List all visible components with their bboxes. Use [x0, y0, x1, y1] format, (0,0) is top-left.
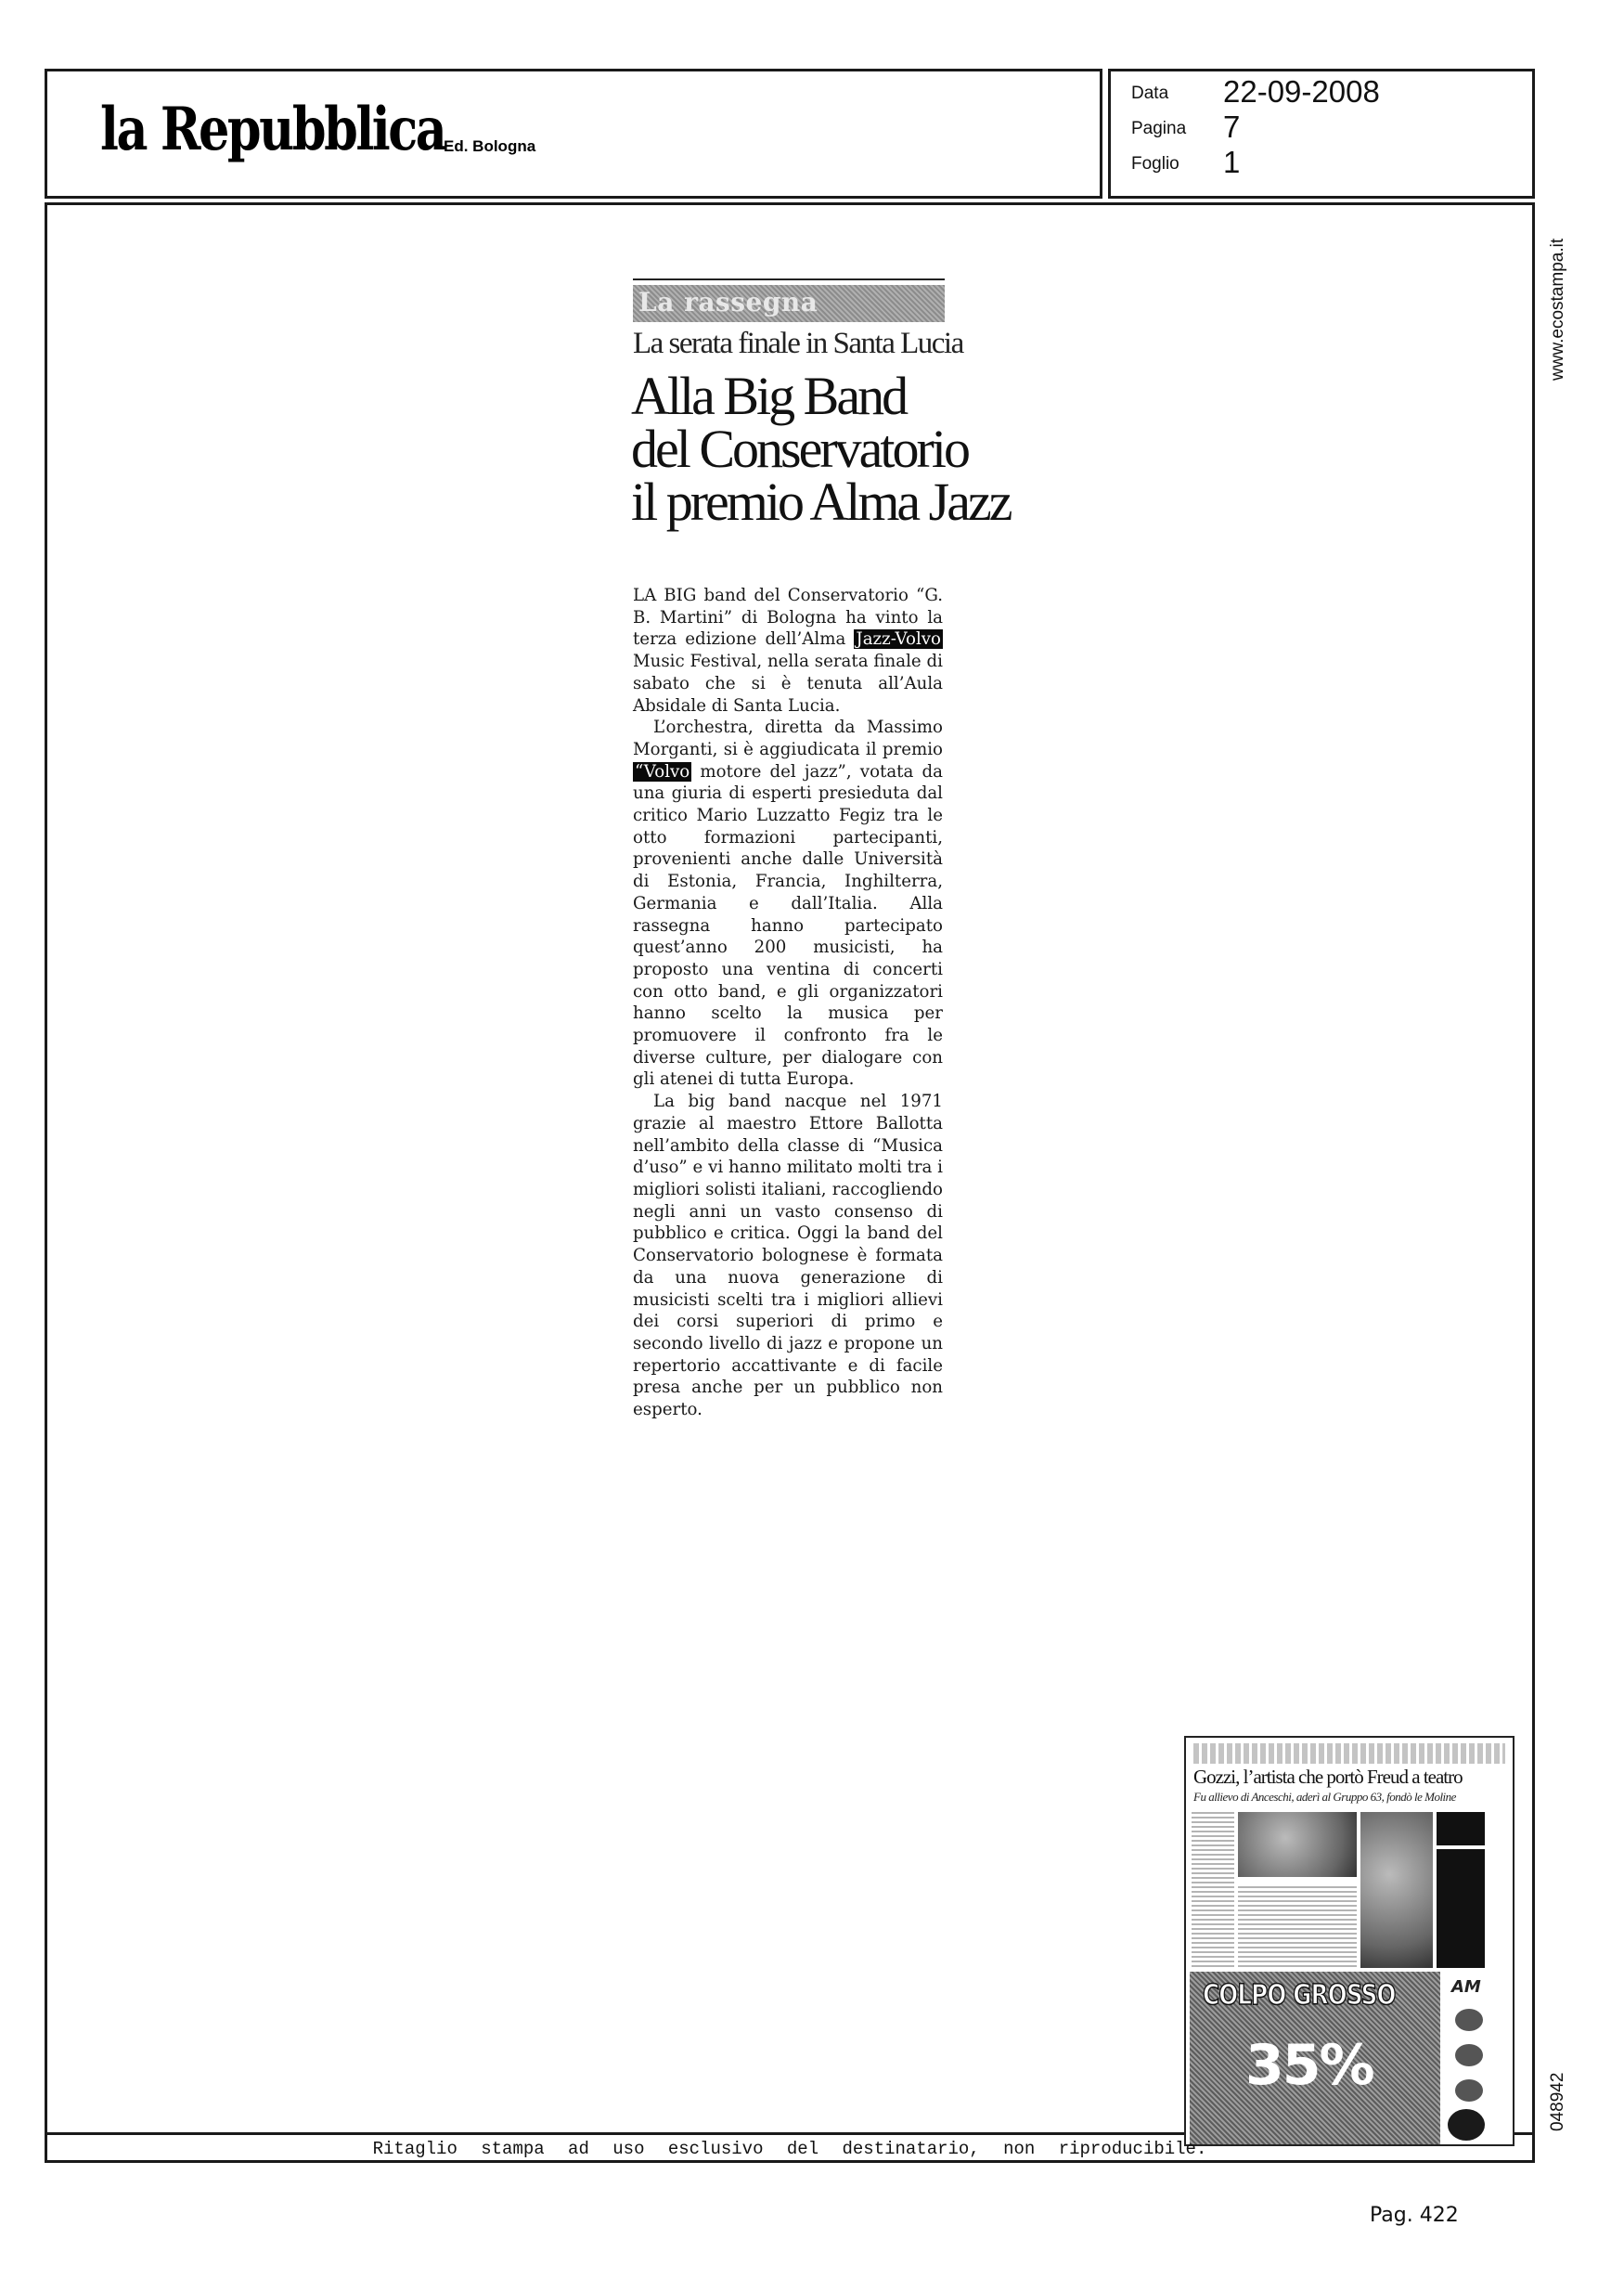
headline-line: del Conservatorio	[631, 422, 965, 475]
brand-logo-icon	[1448, 2109, 1485, 2141]
article-headline: Alla Big Band del Conservatorio il premi…	[631, 369, 965, 528]
page-label: Pagina	[1131, 119, 1186, 139]
paragraph-text: L’orchestra, diretta da Massimo Morganti…	[633, 718, 943, 759]
page-thumbnail: Gozzi, l’artista che portò Freud a teatr…	[1184, 1736, 1514, 2146]
copyright-notice: Ritaglio stampa ad uso esclusivo del des…	[45, 2139, 1535, 2159]
thumbnail-text-column	[1192, 1812, 1234, 1968]
sheet-value: 1	[1223, 147, 1240, 177]
highlighted-term: Jazz-Volvo	[854, 629, 943, 649]
thumbnail-dark-box	[1437, 1812, 1485, 1845]
source-website: www.ecostampa.it	[1548, 239, 1568, 381]
thumbnail-subtitle: Fu allievo di Anceschi, aderì al Gruppo …	[1193, 1790, 1456, 1805]
headline-line: il premio Alma Jazz	[631, 475, 965, 528]
thumbnail-photo	[1360, 1812, 1433, 1968]
edition-label: Ed. Bologna	[444, 137, 535, 156]
page-value: 7	[1223, 111, 1240, 142]
brand-logo-icon	[1455, 2079, 1483, 2102]
advert-brand: AM	[1451, 1977, 1481, 1997]
sheet-label: Foglio	[1131, 154, 1179, 175]
thumbnail-text-column	[1238, 1886, 1357, 1968]
kicker-band: La rassegna	[633, 285, 945, 322]
thumbnail-dark-box	[1437, 1849, 1485, 1968]
thumbnail-photo	[1238, 1812, 1357, 1877]
date-label: Data	[1131, 84, 1168, 104]
kicker-rule	[633, 278, 945, 280]
article-subhead: La serata finale in Santa Lucia	[633, 327, 948, 361]
headline-line: Alla Big Band	[631, 369, 965, 422]
thumbnail-header-strip	[1193, 1743, 1505, 1764]
paragraph-text: La big band nacque nel 1971 grazie al ma…	[633, 1092, 943, 1419]
date-value: 22-09-2008	[1223, 76, 1380, 107]
article-paragraph: LA BIG band del Conservatorio “G. B. Mar…	[633, 585, 943, 717]
thumbnail-title: Gozzi, l’artista che portò Freud a teatr…	[1193, 1766, 1463, 1789]
brand-logo-icon	[1455, 2009, 1483, 2031]
highlighted-term: “Volvo	[633, 762, 691, 782]
article-body: LA BIG band del Conservatorio “G. B. Mar…	[633, 585, 943, 1421]
advert-title: COLPO GROSSO	[1203, 1979, 1396, 2012]
thumbnail-advert: COLPO GROSSO 35%	[1190, 1972, 1440, 2144]
brand-logo-icon	[1455, 2044, 1483, 2066]
article-paragraph: L’orchestra, diretta da Massimo Morganti…	[633, 717, 943, 1091]
article-paragraph: La big band nacque nel 1971 grazie al ma…	[633, 1091, 943, 1421]
advert-percent: 35%	[1245, 2033, 1373, 2098]
page-number: Pag. 422	[1370, 2204, 1459, 2227]
paragraph-text: motore del jazz”, votata da una giuria d…	[633, 762, 943, 1090]
paragraph-text: Music Festival, nella serata finale di s…	[633, 652, 943, 715]
advert-logos: AM	[1444, 1972, 1503, 2144]
clipping-code: 048942	[1548, 2073, 1568, 2131]
kicker-label: La rassegna	[638, 287, 818, 317]
newspaper-logo: la Repubblica	[100, 100, 445, 160]
